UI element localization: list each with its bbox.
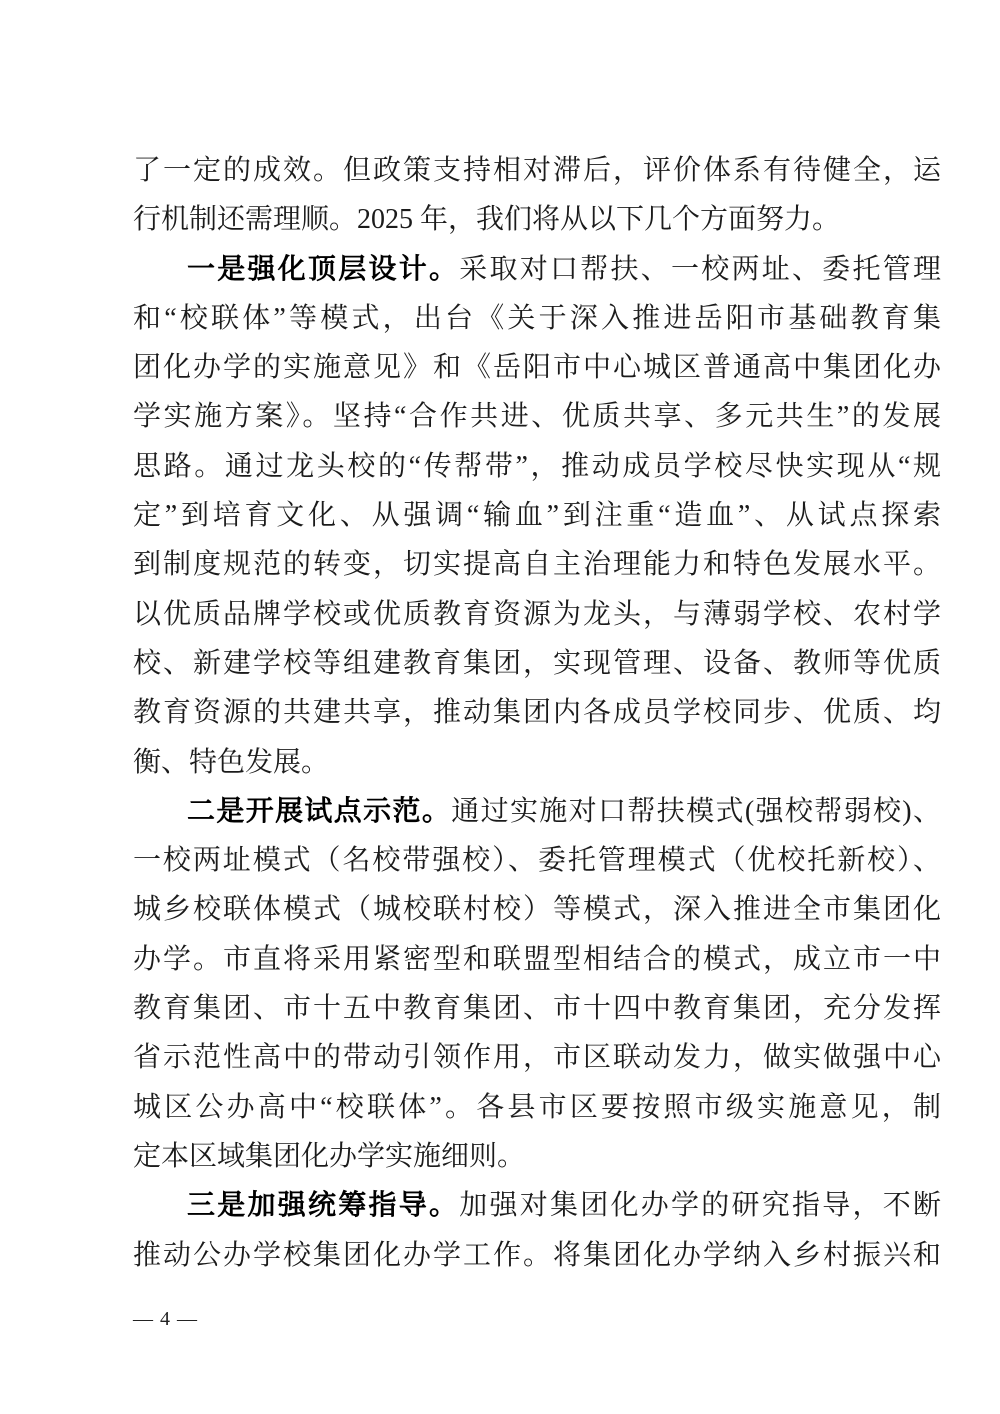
- text-line: 以优质品牌学校或优质教育资源为龙头，与薄弱学校、农村学: [133, 590, 941, 639]
- text-segment: 团化办学的实施意见》和《岳阳市中心城区普通高中集团化办: [133, 352, 941, 383]
- text-line: 了一定的成效。但政策支持相对滞后，评价体系有待健全，运: [133, 146, 941, 195]
- paragraph-lead-bold: 二是开展试点示范。: [187, 796, 451, 827]
- text-segment: 学实施方案》。坚持“合作共进、优质共享、多元共生”的发展: [133, 401, 941, 432]
- text-line: 学实施方案》。坚持“合作共进、优质共享、多元共生”的发展: [133, 392, 941, 441]
- text-line: 城乡校联体模式（城校联村校）等模式，深入推进全市集团化: [133, 885, 941, 934]
- text-segment: 定”到培育文化、从强调“输血”到注重“造血”、从试点探索: [133, 500, 941, 531]
- text-line: 校、新建学校等组建教育集团，实现管理、设备、教师等优质: [133, 639, 941, 688]
- text-line: 二是开展试点示范。通过实施对口帮扶模式(强校帮弱校)、: [133, 787, 941, 836]
- text-line: 办学。市直将采用紧密型和联盟型相结合的模式，成立市一中: [133, 935, 941, 984]
- text-line: 教育资源的共建共享，推动集团内各成员学校同步、优质、均: [133, 688, 941, 737]
- text-line: 和“校联体”等模式，出台《关于深入推进岳阳市基础教育集: [133, 294, 941, 343]
- text-line: 教育集团、市十五中教育集团、市十四中教育集团，充分发挥: [133, 984, 941, 1033]
- text-segment: 行机制还需理顺。2025 年，我们将从以下几个方面努力。: [133, 204, 840, 235]
- text-segment: 通过实施对口帮扶模式(强校帮弱校)、: [451, 796, 941, 827]
- paragraph-lead-bold: 一是强化顶层设计。: [187, 254, 459, 285]
- text-line: 思路。通过龙头校的“传帮带”，推动成员学校尽快实现从“规: [133, 442, 941, 491]
- text-segment: 加强对集团化办学的研究指导，不断: [459, 1190, 941, 1221]
- text-line: 衡、特色发展。: [133, 738, 941, 787]
- text-segment: 办学。市直将采用紧密型和联盟型相结合的模式，成立市一中: [133, 944, 941, 975]
- text-segment: 城乡校联体模式（城校联村校）等模式，深入推进全市集团化: [133, 894, 941, 925]
- body-text: 了一定的成效。但政策支持相对滞后，评价体系有待健全，运行机制还需理顺。2025 …: [133, 146, 941, 1280]
- text-segment: 校、新建学校等组建教育集团，实现管理、设备、教师等优质: [133, 648, 941, 679]
- text-line: 推动公办学校集团化办学工作。将集团化办学纳入乡村振兴和: [133, 1231, 941, 1280]
- text-segment: 教育集团、市十五中教育集团、市十四中教育集团，充分发挥: [133, 993, 941, 1024]
- text-segment: 城区公办高中“校联体”。各县市区要按照市级实施意见，制: [133, 1092, 941, 1123]
- text-segment: 定本区域集团化办学实施细则。: [133, 1141, 525, 1172]
- document-page: 了一定的成效。但政策支持相对滞后，评价体系有待健全，运行机制还需理顺。2025 …: [0, 0, 1000, 1414]
- text-line: 三是加强统筹指导。加强对集团化办学的研究指导，不断: [133, 1181, 941, 1230]
- text-line: 定本区域集团化办学实施细则。: [133, 1132, 941, 1181]
- text-line: 省示范性高中的带动引领作用，市区联动发力，做实做强中心: [133, 1033, 941, 1082]
- text-line: 到制度规范的转变，切实提高自主治理能力和特色发展水平。: [133, 540, 941, 589]
- text-line: 定”到培育文化、从强调“输血”到注重“造血”、从试点探索: [133, 491, 941, 540]
- text-line: 一是强化顶层设计。采取对口帮扶、一校两址、委托管理: [133, 245, 941, 294]
- text-line: 城区公办高中“校联体”。各县市区要按照市级实施意见，制: [133, 1083, 941, 1132]
- text-segment: 教育资源的共建共享，推动集团内各成员学校同步、优质、均: [133, 697, 941, 728]
- paragraph-lead-bold: 三是加强统筹指导。: [187, 1190, 459, 1221]
- text-segment: 省示范性高中的带动引领作用，市区联动发力，做实做强中心: [133, 1042, 941, 1073]
- text-line: 行机制还需理顺。2025 年，我们将从以下几个方面努力。: [133, 195, 941, 244]
- text-segment: 衡、特色发展。: [133, 747, 329, 778]
- text-segment: 思路。通过龙头校的“传帮带”，推动成员学校尽快实现从“规: [133, 451, 941, 482]
- text-line: 一校两址模式（名校带强校）、委托管理模式（优校托新校）、: [133, 836, 941, 885]
- text-line: 团化办学的实施意见》和《岳阳市中心城区普通高中集团化办: [133, 343, 941, 392]
- text-segment: 一校两址模式（名校带强校）、委托管理模式（优校托新校）、: [133, 845, 941, 876]
- text-segment: 推动公办学校集团化办学工作。将集团化办学纳入乡村振兴和: [133, 1240, 941, 1271]
- text-segment: 以优质品牌学校或优质教育资源为龙头，与薄弱学校、农村学: [133, 599, 941, 630]
- text-segment: 到制度规范的转变，切实提高自主治理能力和特色发展水平。: [133, 549, 941, 580]
- text-segment: 了一定的成效。但政策支持相对滞后，评价体系有待健全，运: [133, 155, 941, 186]
- text-segment: 和“校联体”等模式，出台《关于深入推进岳阳市基础教育集: [133, 303, 941, 334]
- page-number: — 4 —: [133, 1308, 198, 1331]
- text-segment: 采取对口帮扶、一校两址、委托管理: [459, 254, 941, 285]
